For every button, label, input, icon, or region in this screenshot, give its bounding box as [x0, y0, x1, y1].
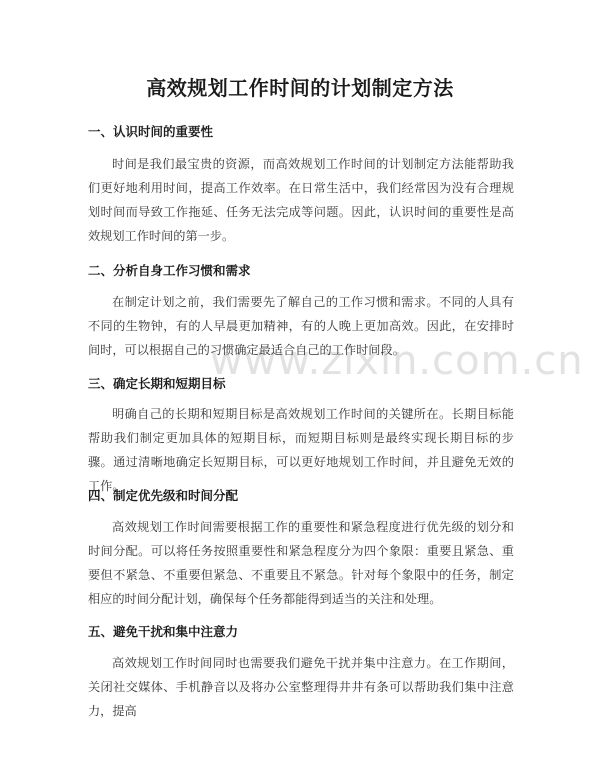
section-paragraph-3: 明确自己的长期和短期目标是高效规划工作时间的关键所在。长期目标能帮助我们制定更加…: [88, 402, 514, 498]
section-paragraph-1: 时间是我们最宝贵的资源，而高效规划工作时间的计划制定方法能帮助我们更好地利用时间…: [88, 152, 514, 248]
section-paragraph-5: 高效规划工作时间同时也需要我们避免干扰并集中注意力。在工作期间，关闭社交媒体、手…: [88, 651, 514, 723]
section-heading-4: 四、制定优先级和时间分配: [88, 486, 238, 504]
section-paragraph-4: 高效规划工作时间需要根据工作的重要性和紧急程度进行优先级的划分和时间分配。可以将…: [88, 515, 514, 611]
section-paragraph-2: 在制定计划之前，我们需要先了解自己的工作习惯和需求。不同的人具有不同的生物钟，有…: [88, 290, 514, 362]
section-heading-3: 三、确定长期和短期目标: [88, 374, 226, 392]
document-title: 高效规划工作时间的计划制定方法: [0, 72, 600, 101]
document-page: www.zixin.com.cn 高效规划工作时间的计划制定方法 一、认识时间的…: [0, 0, 600, 776]
section-heading-1: 一、认识时间的重要性: [88, 122, 213, 140]
section-heading-2: 二、分析自身工作习惯和需求: [88, 261, 251, 279]
section-heading-5: 五、避免干扰和集中注意力: [88, 622, 238, 640]
